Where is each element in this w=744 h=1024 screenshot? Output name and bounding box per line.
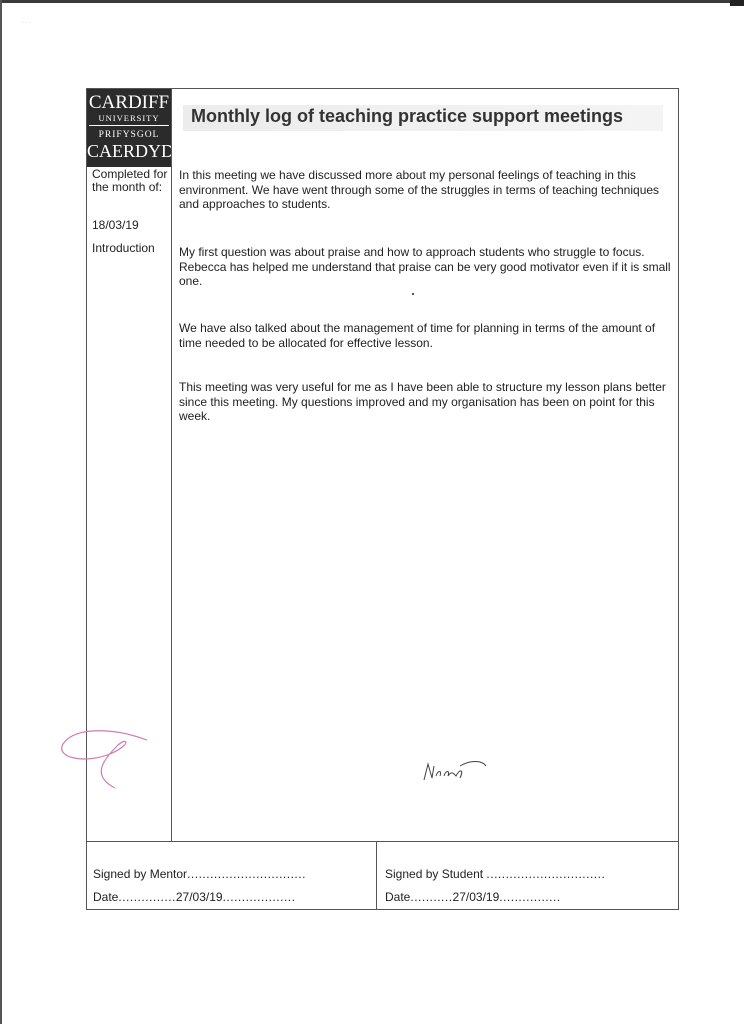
logo-line-caerdydd: CAERDYD — [87, 141, 171, 161]
student-signed-line: Signed by Student ......................… — [385, 867, 605, 881]
student-handwritten-signature — [420, 758, 490, 783]
mentor-date-line: Date...............27/03/19.............… — [93, 890, 295, 904]
mentor-handwritten-signature — [55, 730, 155, 790]
dots: ............... — [118, 890, 176, 904]
dots: ................... — [223, 890, 296, 904]
scan-edge-left — [0, 0, 2, 1024]
mentor-date-label: Date — [93, 890, 118, 904]
dots: ........... — [410, 890, 452, 904]
scan-edge-corner — [730, 0, 744, 6]
scan-speck — [412, 293, 414, 295]
student-signed-label: Signed by Student — [385, 867, 483, 881]
paragraph-time-management: We have also talked about the management… — [179, 321, 674, 350]
logo-line-cardiff: CARDIFF — [87, 93, 171, 113]
signature-divider — [376, 842, 377, 910]
meeting-log-form: CARDIFF UNIVERSITY PRIFYSGOL CAERDYD Mon… — [86, 88, 679, 910]
signature-row: Signed by Mentor........................… — [87, 841, 678, 910]
scan-speck: · · · — [22, 20, 31, 26]
mentor-signed-line: Signed by Mentor........................… — [93, 867, 306, 881]
completed-for-month-label: Completed for the month of: — [92, 168, 168, 194]
paragraph-reflection: This meeting was very useful for me as I… — [179, 380, 674, 424]
student-date-label: Date — [385, 890, 410, 904]
month-value: 18/03/19 — [92, 219, 139, 232]
logo-line-university: UNIVERSITY — [89, 113, 169, 126]
document-title: Monthly log of teaching practice support… — [191, 106, 623, 127]
cardiff-university-logo: CARDIFF UNIVERSITY PRIFYSGOL CAERDYD — [87, 89, 171, 167]
mentor-date-value[interactable]: 27/03/19 — [176, 890, 223, 904]
paragraph-praise-question: My first question was about praise and h… — [179, 245, 674, 289]
paragraph-meeting-summary: In this meeting we have discussed more a… — [179, 168, 674, 212]
introduction-label: Introduction — [92, 242, 155, 255]
scan-edge-top — [0, 0, 744, 3]
column-divider — [171, 89, 172, 841]
student-signature-field[interactable]: ............................... — [486, 867, 605, 881]
logo-line-prifysgol: PRIFYSGOL — [87, 129, 171, 141]
dots: ................ — [499, 890, 560, 904]
mentor-signature-field[interactable]: ............................... — [187, 867, 306, 881]
student-date-line: Date...........27/03/19................ — [385, 890, 561, 904]
mentor-signed-label: Signed by Mentor — [93, 867, 187, 881]
student-date-value[interactable]: 27/03/19 — [453, 890, 500, 904]
